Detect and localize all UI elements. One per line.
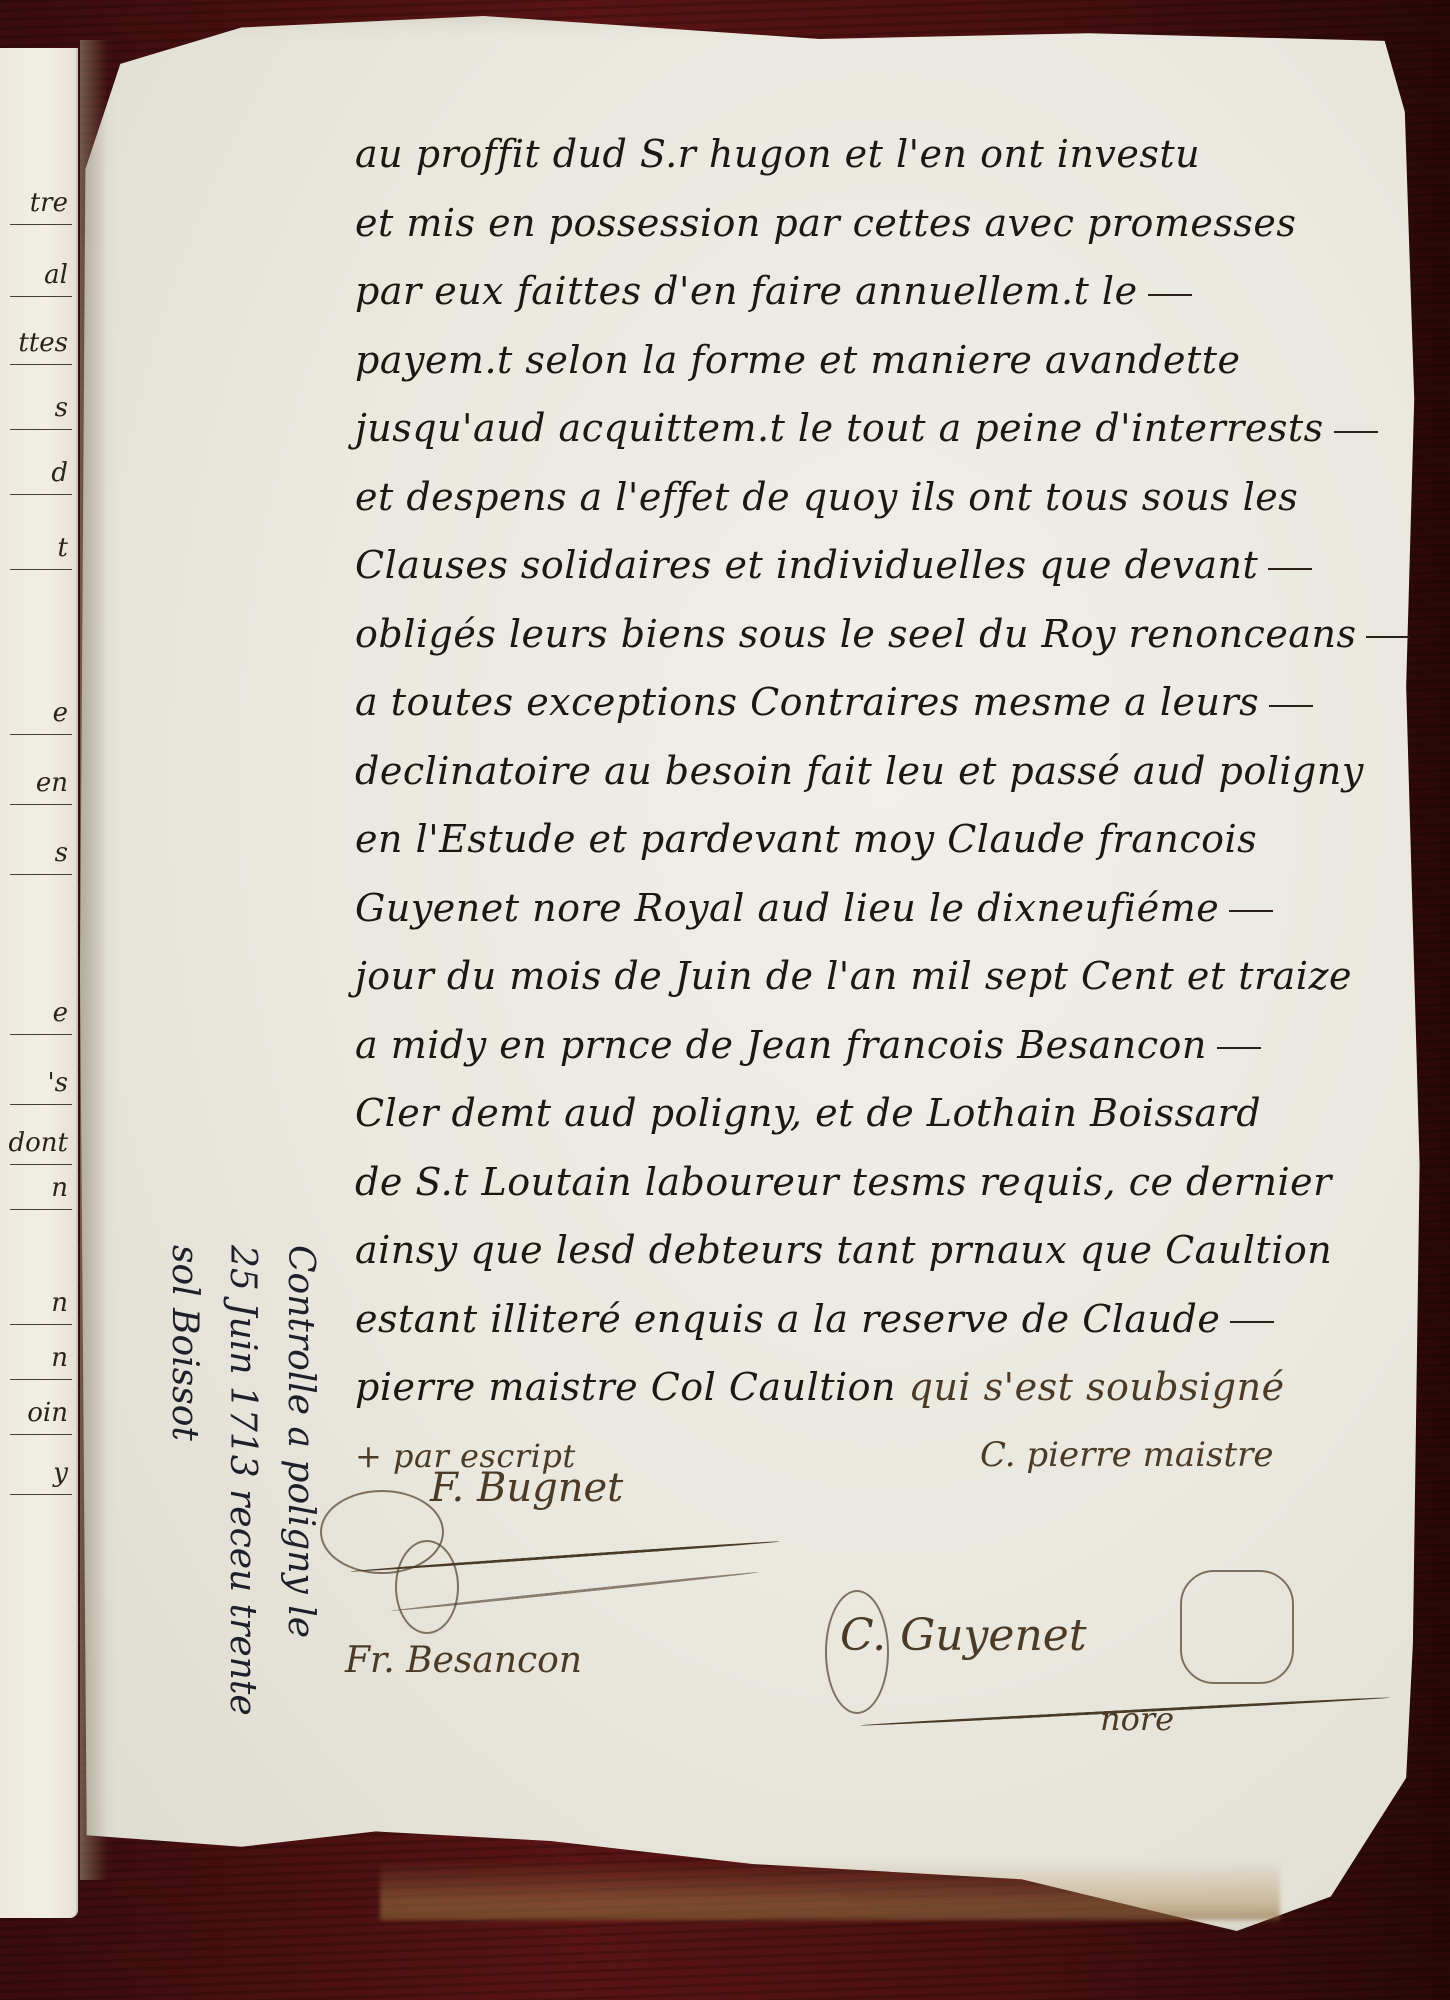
line-text: obligés leurs biens sous le seel du Roy …: [355, 612, 1356, 656]
line-text: Cler demt aud poligny, et de Lothain Boi…: [355, 1091, 1261, 1135]
left-page-rule: [10, 569, 72, 570]
line-filler-dash: [1268, 568, 1312, 570]
body-line: et mis en possession par cettes avec pro…: [355, 189, 1415, 258]
body-line: estant illiteré enquis a la reserve de C…: [355, 1285, 1415, 1354]
left-page-rule: [10, 1494, 72, 1495]
signature-besancon: Fr. Besancon: [345, 1640, 582, 1681]
body-line: de S.t Loutain laboureur tesms requis, c…: [355, 1148, 1415, 1217]
left-page-fragment: n: [0, 1288, 76, 1318]
left-page-rule: [10, 1164, 72, 1165]
left-page-fragment: s: [0, 838, 76, 868]
left-page-rule: [10, 296, 72, 297]
left-page-fragment: n: [0, 1173, 76, 1203]
line-text: au proffit dud S.r hugon et l'en ont inv…: [355, 132, 1200, 176]
line-text: estant illiteré enquis a la reserve de C…: [355, 1297, 1220, 1341]
left-page-rule: [10, 1379, 72, 1380]
left-page-fragment: 's: [0, 1068, 76, 1098]
left-page-fragment: al: [0, 260, 76, 290]
line-text: par eux faittes d'en faire annuellem.t l…: [355, 269, 1138, 313]
left-page-rule: [10, 874, 72, 875]
left-page-rule: [10, 1034, 72, 1035]
left-page-rule: [10, 224, 72, 225]
line-text: Clauses solidaires et individuelles que …: [355, 543, 1258, 587]
left-page-fragment: s: [0, 393, 76, 423]
line-filler-dash: [1269, 705, 1313, 707]
body-line: a midy en prnce de Jean francois Besanco…: [355, 1011, 1415, 1080]
body-line: Cler demt aud poligny, et de Lothain Boi…: [355, 1079, 1415, 1148]
body-line: Clauses solidaires et individuelles que …: [355, 531, 1415, 600]
left-page-rule: [10, 1209, 72, 1210]
page-gutter-shadow: [80, 40, 108, 1880]
left-page-rule: [10, 1324, 72, 1325]
line-text: de S.t Loutain laboureur tesms requis, c…: [355, 1160, 1332, 1204]
signature-text: Fr. Besancon: [345, 1640, 582, 1681]
signature-pierre-maistre: C. pierre maistre: [980, 1435, 1273, 1475]
facing-left-page: trealttessdteense'sdontnnnoiny: [0, 48, 78, 1918]
left-page-fragment: t: [0, 533, 76, 563]
margin-note-line: 25 Juin 1713 receu trente: [207, 1245, 263, 1845]
line-filler-dash: [1366, 636, 1410, 638]
body-line: obligés leurs biens sous le seel du Roy …: [355, 600, 1415, 669]
left-page-fragment: y: [0, 1458, 76, 1488]
body-line: a toutes exceptions Contraires mesme a l…: [355, 668, 1415, 737]
body-line: payem.t selon la forme et maniere avande…: [355, 326, 1415, 395]
line-faded-tail: qui s'est soubsigné: [909, 1365, 1285, 1409]
left-page-fragment: d: [0, 458, 76, 488]
line-filler-dash: [1230, 1321, 1274, 1323]
line-text: en l'Estude et pardevant moy Claude fran…: [355, 817, 1257, 861]
line-filler-dash: [1334, 431, 1378, 433]
left-page-rule: [10, 734, 72, 735]
line-text: a toutes exceptions Contraires mesme a l…: [355, 680, 1259, 724]
body-line: ainsy que lesd debteurs tant prnaux que …: [355, 1216, 1415, 1285]
left-page-fragment: tre: [0, 188, 76, 218]
body-line: jusqu'aud acquittem.t le tout a peine d'…: [355, 394, 1415, 463]
left-page-fragment: en: [0, 768, 76, 798]
signature-text: C. pierre maistre: [980, 1435, 1273, 1475]
left-page-rule: [10, 804, 72, 805]
left-page-rule: [10, 1104, 72, 1105]
left-page-rule: [10, 1434, 72, 1435]
line-text: jusqu'aud acquittem.t le tout a peine d'…: [355, 406, 1324, 450]
line-text: jour du mois de Juin de l'an mil sept Ce…: [355, 954, 1352, 998]
line-text: ainsy que lesd debteurs tant prnaux que …: [355, 1228, 1332, 1272]
line-filler-dash: [1148, 294, 1192, 296]
margin-control-note: Controlle a poligny le 25 Juin 1713 rece…: [135, 1245, 355, 1885]
margin-note-line: Controlle a poligny le: [265, 1245, 321, 1845]
line-text: Guyenet nore Royal aud lieu le dixneufié…: [355, 886, 1219, 930]
left-page-rule: [10, 429, 72, 430]
body-line: Guyenet nore Royal aud lieu le dixneufié…: [355, 874, 1415, 943]
line-filler-dash: [1229, 910, 1273, 912]
line-text: declinatoire au besoin fait leu et passé…: [355, 749, 1364, 793]
left-page-fragment: dont: [0, 1128, 76, 1158]
line-text: a midy en prnce de Jean francois Besanco…: [355, 1023, 1207, 1067]
line-text: et mis en possession par cettes avec pro…: [355, 201, 1296, 245]
line-text: pierre maistre Col Caultion: [355, 1365, 896, 1409]
body-line: au proffit dud S.r hugon et l'en ont inv…: [355, 120, 1415, 189]
left-page-fragment: oin: [0, 1398, 76, 1428]
body-line: et despens a l'effet de quoy ils ont tou…: [355, 463, 1415, 532]
body-line: declinatoire au besoin fait leu et passé…: [355, 737, 1415, 806]
line-text: payem.t selon la forme et maniere avande…: [355, 338, 1241, 382]
left-page-fragment: e: [0, 998, 76, 1028]
torn-bottom-edge-stain: [380, 1860, 1280, 1920]
line-text: et despens a l'effet de quoy ils ont tou…: [355, 475, 1298, 519]
notary-title: nore: [1100, 1700, 1174, 1738]
left-page-rule: [10, 494, 72, 495]
signature-flourish-loop: [395, 1540, 459, 1634]
left-page-fragment: ttes: [0, 328, 76, 358]
left-page-fragment: n: [0, 1343, 76, 1373]
line-filler-dash: [1217, 1047, 1261, 1049]
left-page-fragment: e: [0, 698, 76, 728]
body-line: par eux faittes d'en faire annuellem.t l…: [355, 257, 1415, 326]
document-body: au proffit dud S.r hugon et l'en ont inv…: [355, 120, 1415, 1490]
signature-text: C. Guyenet: [840, 1610, 1087, 1661]
body-line: en l'Estude et pardevant moy Claude fran…: [355, 805, 1415, 874]
left-page-rule: [10, 364, 72, 365]
signature-flourish-hatch: [1180, 1570, 1294, 1684]
body-line: pierre maistre Col Caultion qui s'est so…: [355, 1353, 1415, 1422]
body-line: jour du mois de Juin de l'an mil sept Ce…: [355, 942, 1415, 1011]
signature-text: F. Bugnet: [430, 1465, 623, 1511]
margin-note-line: sol Boissot: [149, 1245, 205, 1845]
